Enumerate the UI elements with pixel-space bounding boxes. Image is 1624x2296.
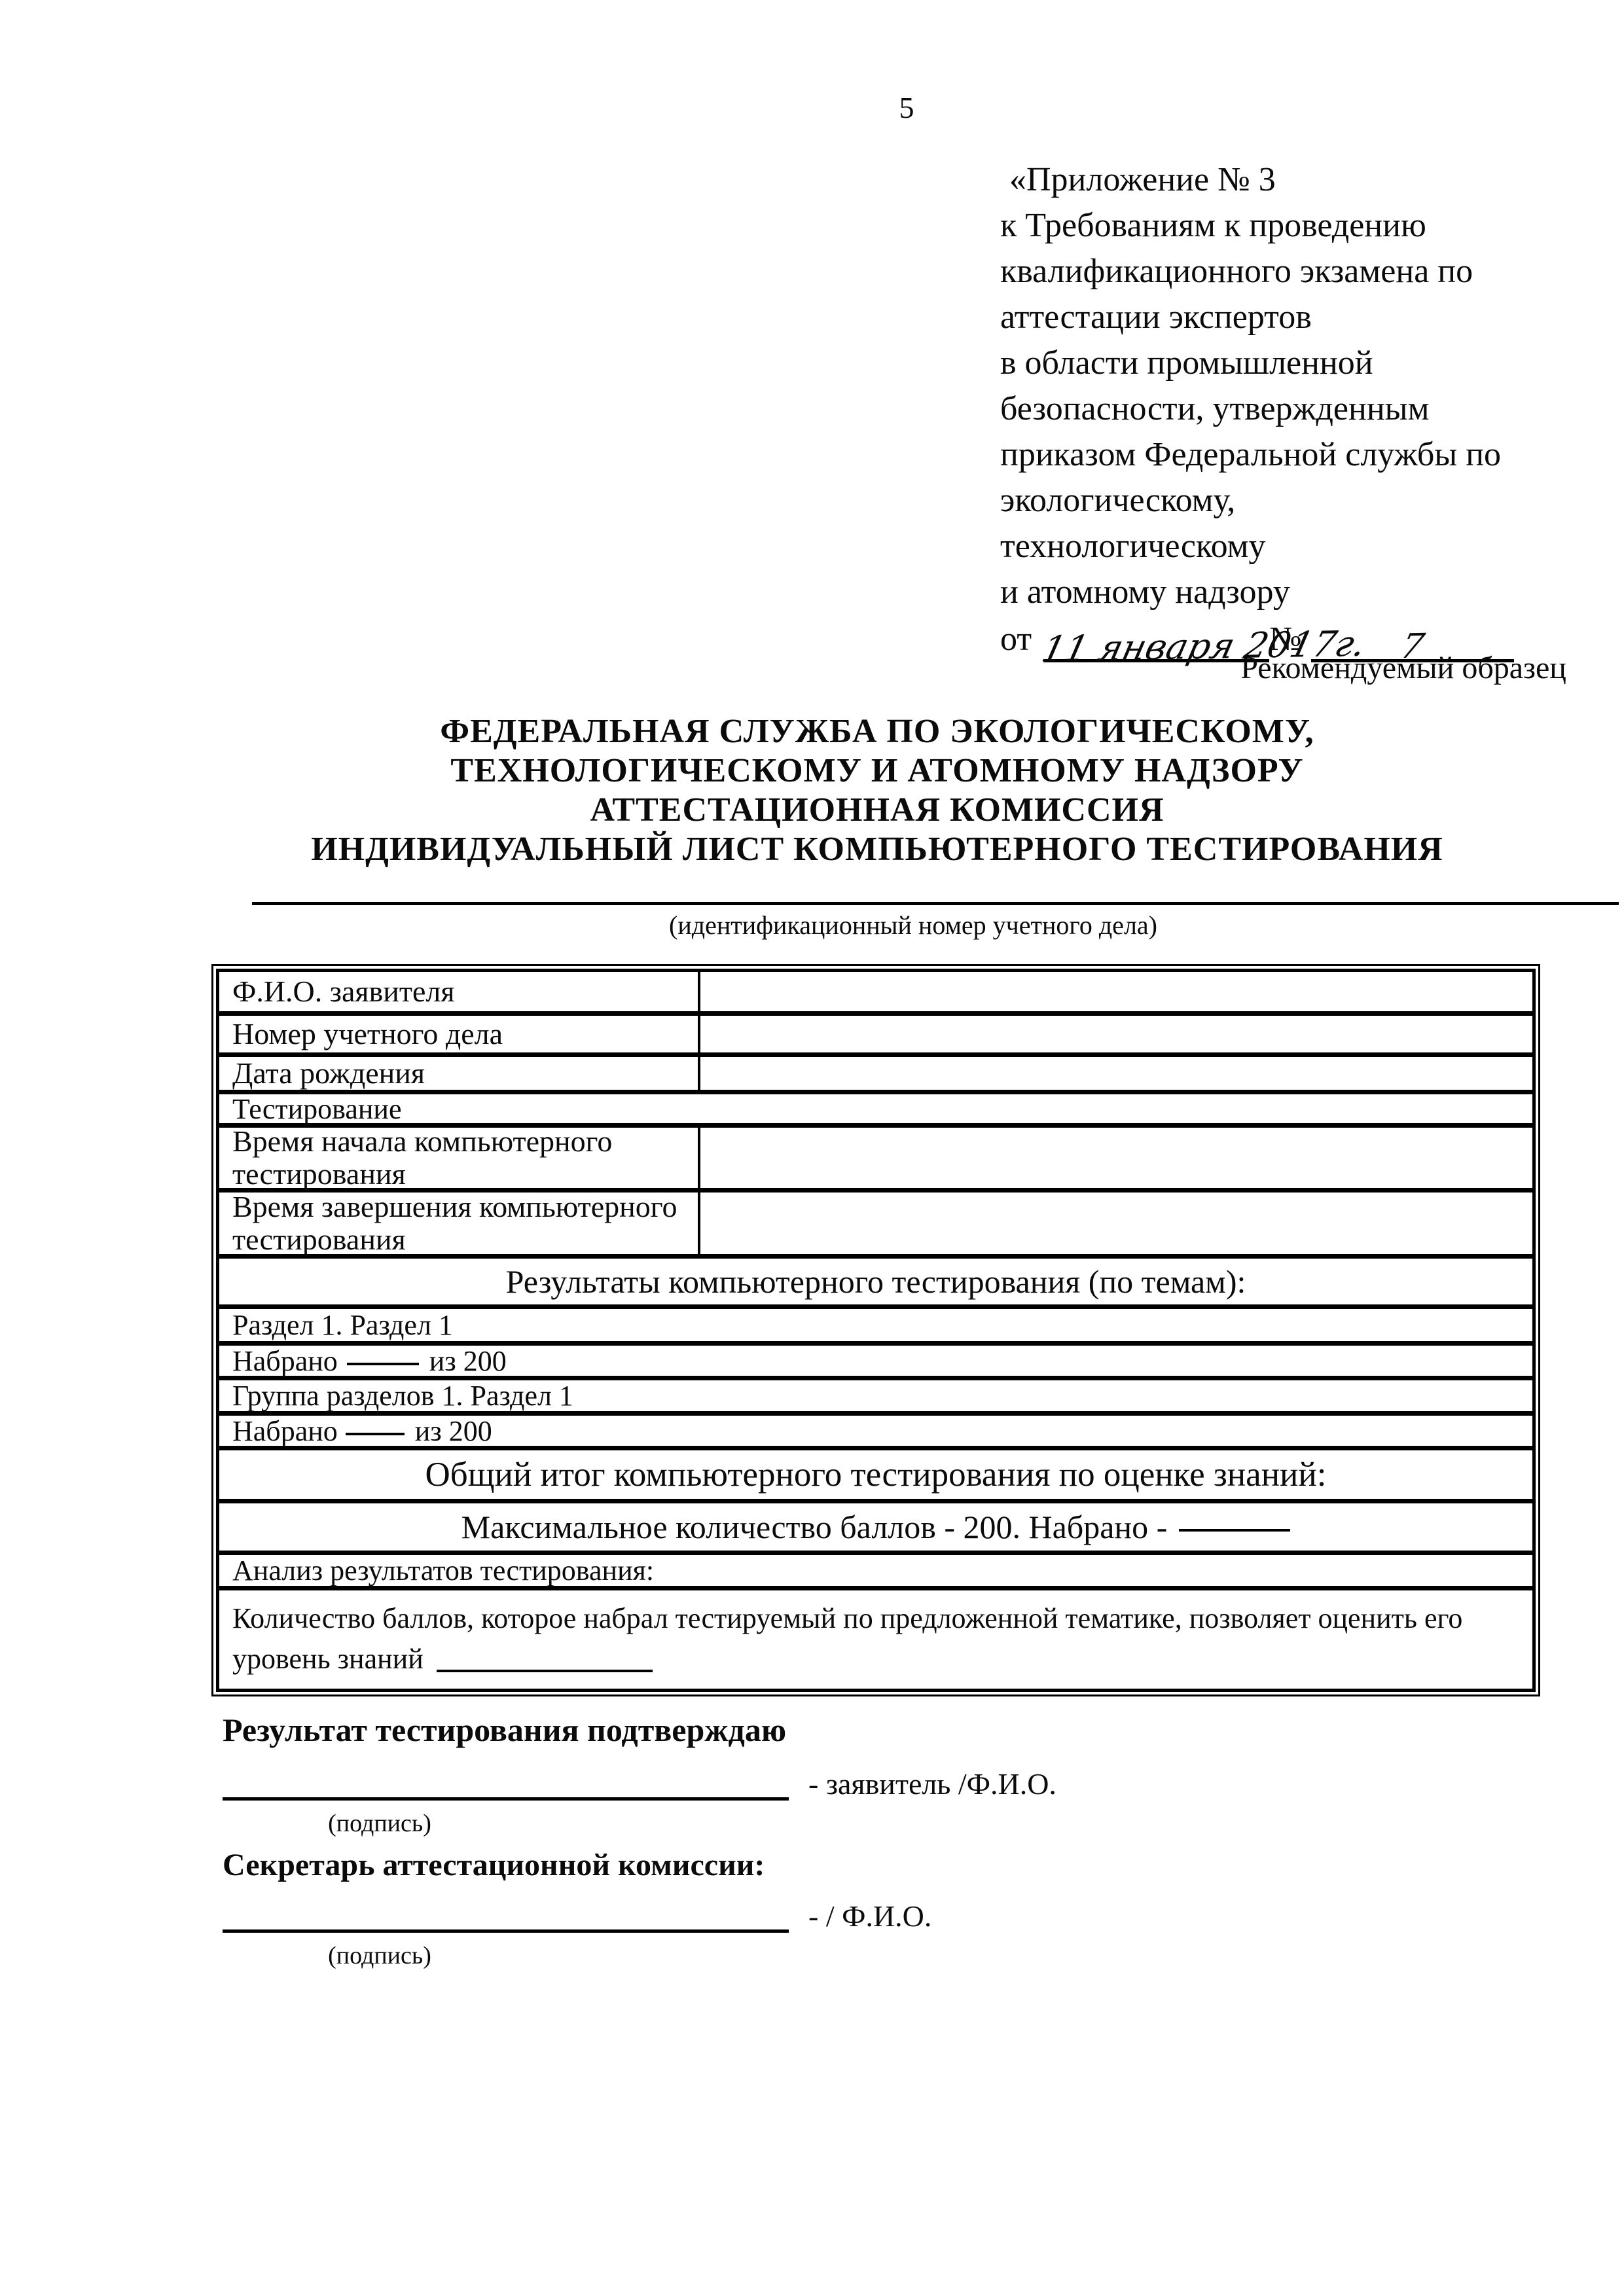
secretary-signature-line (223, 1893, 789, 1933)
score1-blank-line (347, 1356, 419, 1365)
signature-caption-1: (подпись) (216, 1809, 543, 1838)
end-time-label: Время завершения компьютерного тестирова… (219, 1193, 700, 1254)
title-line-sheet: ИНДИВИДУАЛЬНЫЙ ЛИСТ КОМПЬЮТЕРНОГО ТЕСТИР… (196, 830, 1558, 869)
date-underline: 11 января 2017г. (1043, 621, 1269, 662)
appendix-line: экологическому, (1000, 478, 1602, 524)
page-number: 5 (884, 90, 929, 125)
table-row-analysis-body: Количество баллов, которое набрал тестир… (219, 1586, 1532, 1689)
score1-suffix: из 200 (429, 1344, 507, 1378)
recommended-sample-label: Рекомендуемый образец (1240, 650, 1566, 686)
title-line-service: ФЕДЕРАЛЬНАЯ СЛУЖБА ПО ЭКОЛОГИЧЕСКОМУ, (196, 712, 1558, 751)
appendix-line: безопасности, утвержденным (1000, 386, 1602, 432)
applicant-signature-line (223, 1761, 789, 1801)
start-time-value-empty (700, 1128, 1532, 1188)
secretary-signature-row: - / Ф.И.О. (223, 1893, 931, 1940)
table-row-group1: Группа разделов 1. Раздел 1 (219, 1376, 1532, 1411)
birth-date-label: Дата рождения (219, 1057, 700, 1090)
appendix-line: приказом Федеральной службы по (1000, 432, 1602, 478)
fio-value-empty (700, 972, 1532, 1011)
analysis-header-label: Анализ результатов тестирования: (219, 1555, 1532, 1586)
id-number-caption: (идентификационный номер учетного дела) (259, 910, 1568, 941)
table-row-section1: Раздел 1. Раздел 1 (219, 1304, 1532, 1341)
case-number-label: Номер учетного дела (219, 1016, 700, 1052)
appendix-line: «Приложение № 3 (1000, 157, 1602, 203)
date-prefix-label: от (1000, 620, 1032, 658)
table-row-fio: Ф.И.О. заявителя (219, 972, 1532, 1011)
confirm-title: Результат тестирования подтверждаю (223, 1711, 786, 1749)
appendix-block: «Приложение № 3 к Требованиям к проведен… (1000, 157, 1602, 662)
table-row-testing: Тестирование (219, 1090, 1532, 1123)
fio-label: Ф.И.О. заявителя (219, 972, 700, 1011)
applicant-label: - заявитель /Ф.И.О. (808, 1767, 1056, 1801)
document-title: ФЕДЕРАЛЬНАЯ СЛУЖБА ПО ЭКОЛОГИЧЕСКОМУ, ТЕ… (196, 712, 1558, 869)
results-header-label: Результаты компьютерного тестирования (п… (219, 1259, 1532, 1304)
table-row-birth-date: Дата рождения (219, 1052, 1532, 1090)
table-row-analysis-header: Анализ результатов тестирования: (219, 1551, 1532, 1586)
score2-prefix: Набрано (232, 1414, 338, 1448)
secretary-title: Секретарь аттестационной комиссии: (223, 1847, 765, 1883)
total-header-label: Общий итог компьютерного тестирования по… (219, 1450, 1532, 1499)
scanned-document-page: 5 «Приложение № 3 к Требованиям к провед… (0, 0, 1624, 2296)
score1-cell: Набраноиз 200 (219, 1346, 1532, 1376)
score2-cell: Набраноиз 200 (219, 1416, 1532, 1446)
table-row-end-time: Время завершения компьютерного тестирова… (219, 1188, 1532, 1254)
appendix-line: и атомному надзору (1000, 569, 1602, 615)
title-line-commission: АТТЕСТАЦИОННАЯ КОМИССИЯ (196, 791, 1558, 830)
testing-label: Тестирование (219, 1094, 1532, 1123)
appendix-line: к Требованиям к проведению (1000, 203, 1602, 249)
appendix-line: в области промышленной (1000, 340, 1602, 386)
appendix-line: технологическому (1000, 524, 1602, 569)
title-line-service-2: ТЕХНОЛОГИЧЕСКОМУ И АТОМНОМУ НАДЗОРУ (196, 751, 1558, 791)
group1-label: Группа разделов 1. Раздел 1 (219, 1380, 1532, 1411)
id-number-line (252, 902, 1619, 905)
appendix-line: аттестации экспертов (1000, 295, 1602, 340)
score2-blank-line (346, 1426, 405, 1435)
table-row-max-score: Максимальное количество баллов - 200. На… (219, 1499, 1532, 1551)
max-score-blank-line (1179, 1522, 1290, 1532)
table-row-total-header: Общий итог компьютерного тестирования по… (219, 1446, 1532, 1499)
section1-label: Раздел 1. Раздел 1 (219, 1309, 1532, 1341)
analysis-body-cell: Количество баллов, которое набрал тестир… (219, 1590, 1532, 1689)
applicant-signature-row: - заявитель /Ф.И.О. (223, 1761, 1056, 1808)
birth-date-value-empty (700, 1057, 1532, 1090)
secretary-label: - / Ф.И.О. (808, 1899, 931, 1933)
table-row-score2: Набраноиз 200 (219, 1411, 1532, 1446)
table-row-results-header: Результаты компьютерного тестирования (п… (219, 1254, 1532, 1304)
analysis-body-text: Количество баллов, которое набрал тестир… (232, 1602, 1462, 1675)
appendix-line: квалификационного экзамена по (1000, 249, 1602, 295)
analysis-blank-line (437, 1663, 653, 1672)
case-number-value-empty (700, 1016, 1532, 1052)
table-row-score1: Набраноиз 200 (219, 1341, 1532, 1376)
table-row-start-time: Время начала компьютерного тестирования (219, 1123, 1532, 1188)
score1-prefix: Набрано (232, 1344, 338, 1378)
score2-suffix: из 200 (415, 1414, 492, 1448)
testing-form-table: Ф.И.О. заявителя Номер учетного дела Дат… (216, 969, 1536, 1692)
max-score-prefix: Максимальное количество баллов - 200. На… (461, 1508, 1168, 1546)
max-score-cell: Максимальное количество баллов - 200. На… (219, 1503, 1532, 1551)
table-row-case-number: Номер учетного дела (219, 1011, 1532, 1052)
end-time-value-empty (700, 1193, 1532, 1254)
start-time-label: Время начала компьютерного тестирования (219, 1128, 700, 1188)
signature-caption-2: (подпись) (216, 1941, 543, 1970)
